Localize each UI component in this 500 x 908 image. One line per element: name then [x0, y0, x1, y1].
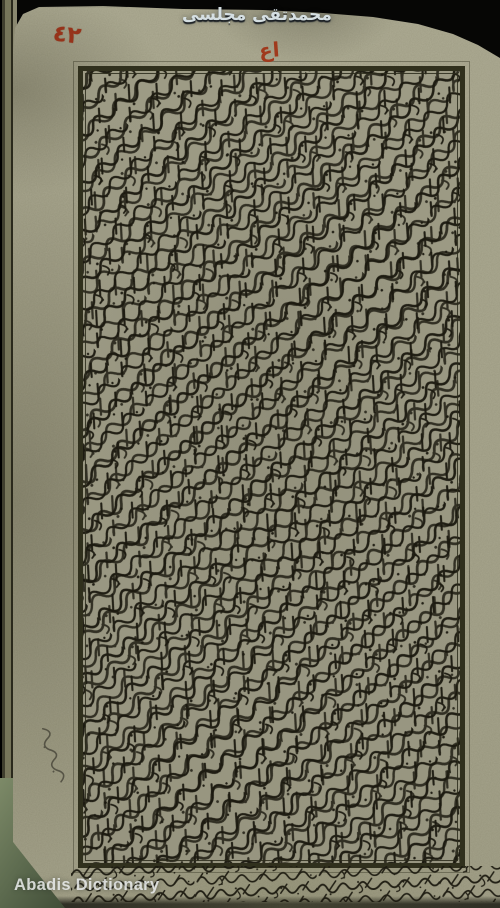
- abadis-watermark: Abadis Dictionary: [14, 876, 159, 895]
- manuscript-page: ٤٢ اع: [13, 0, 500, 908]
- diagonal-calligraphy-texture: [83, 71, 460, 863]
- text-block-frame: [78, 66, 465, 868]
- margin-note-script: [35, 724, 72, 790]
- entry-title-caption: محمدتقی مجلسی: [0, 5, 500, 25]
- manuscript-photo-view: ٤٢ اع محمدتقی مجلسی Abadis Dictionary: [0, 0, 500, 908]
- header-mark: اع: [258, 37, 280, 62]
